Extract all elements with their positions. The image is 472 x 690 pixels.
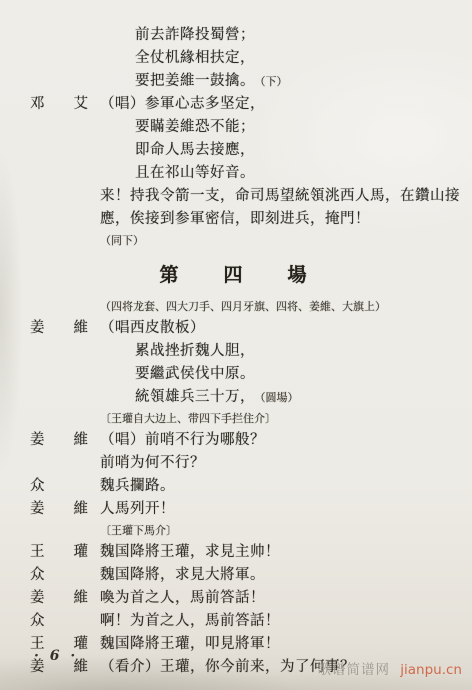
line-text: 要把姜維一鼓擒。 [135,73,255,89]
script-line: 姜維喚为首之人，馬前答話！ [0,587,472,610]
speaker-label: 邓艾 [30,93,88,116]
watermark-site-name: 歌谱简谱网 [317,662,390,678]
page-number: · 6 · [34,648,78,664]
script-line: 全仗机緣相扶定， [0,47,472,70]
stage-note: （下） [260,75,288,88]
script-line: 姜維人馬列开！ [0,498,472,521]
watermark-url: jianpu.cn [400,662,462,678]
line-text: 魏国降將王瓘，叩見將軍！ [100,636,280,652]
speaker-label: 姜維 [30,587,88,610]
scanned-script-page: 前去詐降投蜀營； 全仗机緣相扶定， 要把姜維一鼓擒。（下） 邓艾（唱）参軍心志多… [0,0,472,690]
script-line: 統領雄兵三十万，（圆場） [0,386,472,409]
line-text: 前哨为何不行？ [100,455,205,471]
script-line: 来！持我令箭一支，命司馬望統領洮西人馬，在鑽山接應，俟接到参軍密信，即刻进兵，掩… [0,185,472,231]
script-line: 众魏兵攔路。 [0,475,472,498]
line-text: 〔王瓘下馬介〕 [100,524,177,537]
script-line: 众魏国降將，求見大將軍。 [0,564,472,587]
line-text: 全仗机緣相扶定， [135,50,255,66]
line-text: 累战挫折魏人胆， [135,343,255,359]
script-line: 姜維（唱）前哨不行为哪般？ [0,429,472,452]
script-line: 且在祁山等好音。 [0,162,472,185]
script-body: 前去詐降投蜀營； 全仗机緣相扶定， 要把姜維一鼓擒。（下） 邓艾（唱）参軍心志多… [0,24,472,679]
line-text: 啊！为首之人，馬前答話！ [100,613,280,629]
script-line: 〔王瓘下馬介〕 [0,521,472,541]
line-text: 要繼武侯伐中原。 [135,366,255,382]
line-text: 来！持我令箭一支，命司馬望統領洮西人馬，在鑽山接應，俟接到参軍密信，即刻进兵，掩… [100,188,460,227]
script-line: 累战挫折魏人胆， [0,340,472,363]
script-line: 要繼武侯伐中原。 [0,363,472,386]
line-text: 要瞞姜維恐不能； [135,119,255,135]
speaker-label: 众 [30,564,88,587]
line-text: （唱西皮散板） [100,320,205,336]
line-text: （唱）前哨不行为哪般？ [100,432,265,448]
line-text: 即命人馬去接應， [135,142,255,158]
speaker-label: 姜維 [30,498,88,521]
speaker-label: 王瓘 [30,541,88,564]
script-line: （同下） [0,231,472,251]
script-line: （四将龙套、四大刀手、四月牙旗、四将、姜維、大旗上） [0,297,472,317]
script-line: 邓艾（唱）参軍心志多坚定， [0,93,472,116]
script-line: 要瞞姜維恐不能； [0,116,472,139]
line-text: 魏国降將王瓘，求見主帅！ [100,544,280,560]
line-text: （同下） [100,234,144,247]
script-line: 要把姜維一鼓擒。（下） [0,70,472,93]
speaker-label: 姜維 [30,317,88,340]
line-text: 第 四 場 [159,264,319,286]
line-text: 〔王瓘自大边上、带四下手拦住介〕 [100,412,276,425]
script-line: 姜維（唱西皮散板） [0,317,472,340]
watermark: 歌谱简谱网 jianpu.cn [317,658,462,678]
script-line: 王瓘魏国降將王瓘，求見主帅！ [0,541,472,564]
script-line: 即命人馬去接應， [0,139,472,162]
line-text: 統領雄兵三十万， [135,389,255,405]
line-text: 前去詐降投蜀營； [135,27,255,43]
script-line: 众啊！为首之人，馬前答話！ [0,610,472,633]
line-text: 魏国降將，求見大將軍。 [100,567,265,583]
speaker-label: 众 [30,610,88,633]
script-line: 〔王瓘自大边上、带四下手拦住介〕 [0,409,472,429]
line-text: 且在祁山等好音。 [135,165,255,181]
line-text: 喚为首之人，馬前答話！ [100,590,265,606]
stage-note: （圆場） [260,391,299,404]
line-text: （四将龙套、四大刀手、四月牙旗、四将、姜維、大旗上） [100,300,386,313]
script-line: 前去詐降投蜀營； [0,24,472,47]
speaker-label: 众 [30,475,88,498]
script-line: 第 四 場 [0,262,472,288]
line-text: （唱）参軍心志多坚定， [100,96,265,112]
speaker-label: 姜維 [30,429,88,452]
line-text: 魏兵攔路。 [100,478,175,494]
line-text: 人馬列开！ [100,501,175,517]
script-line: 前哨为何不行？ [0,452,472,475]
